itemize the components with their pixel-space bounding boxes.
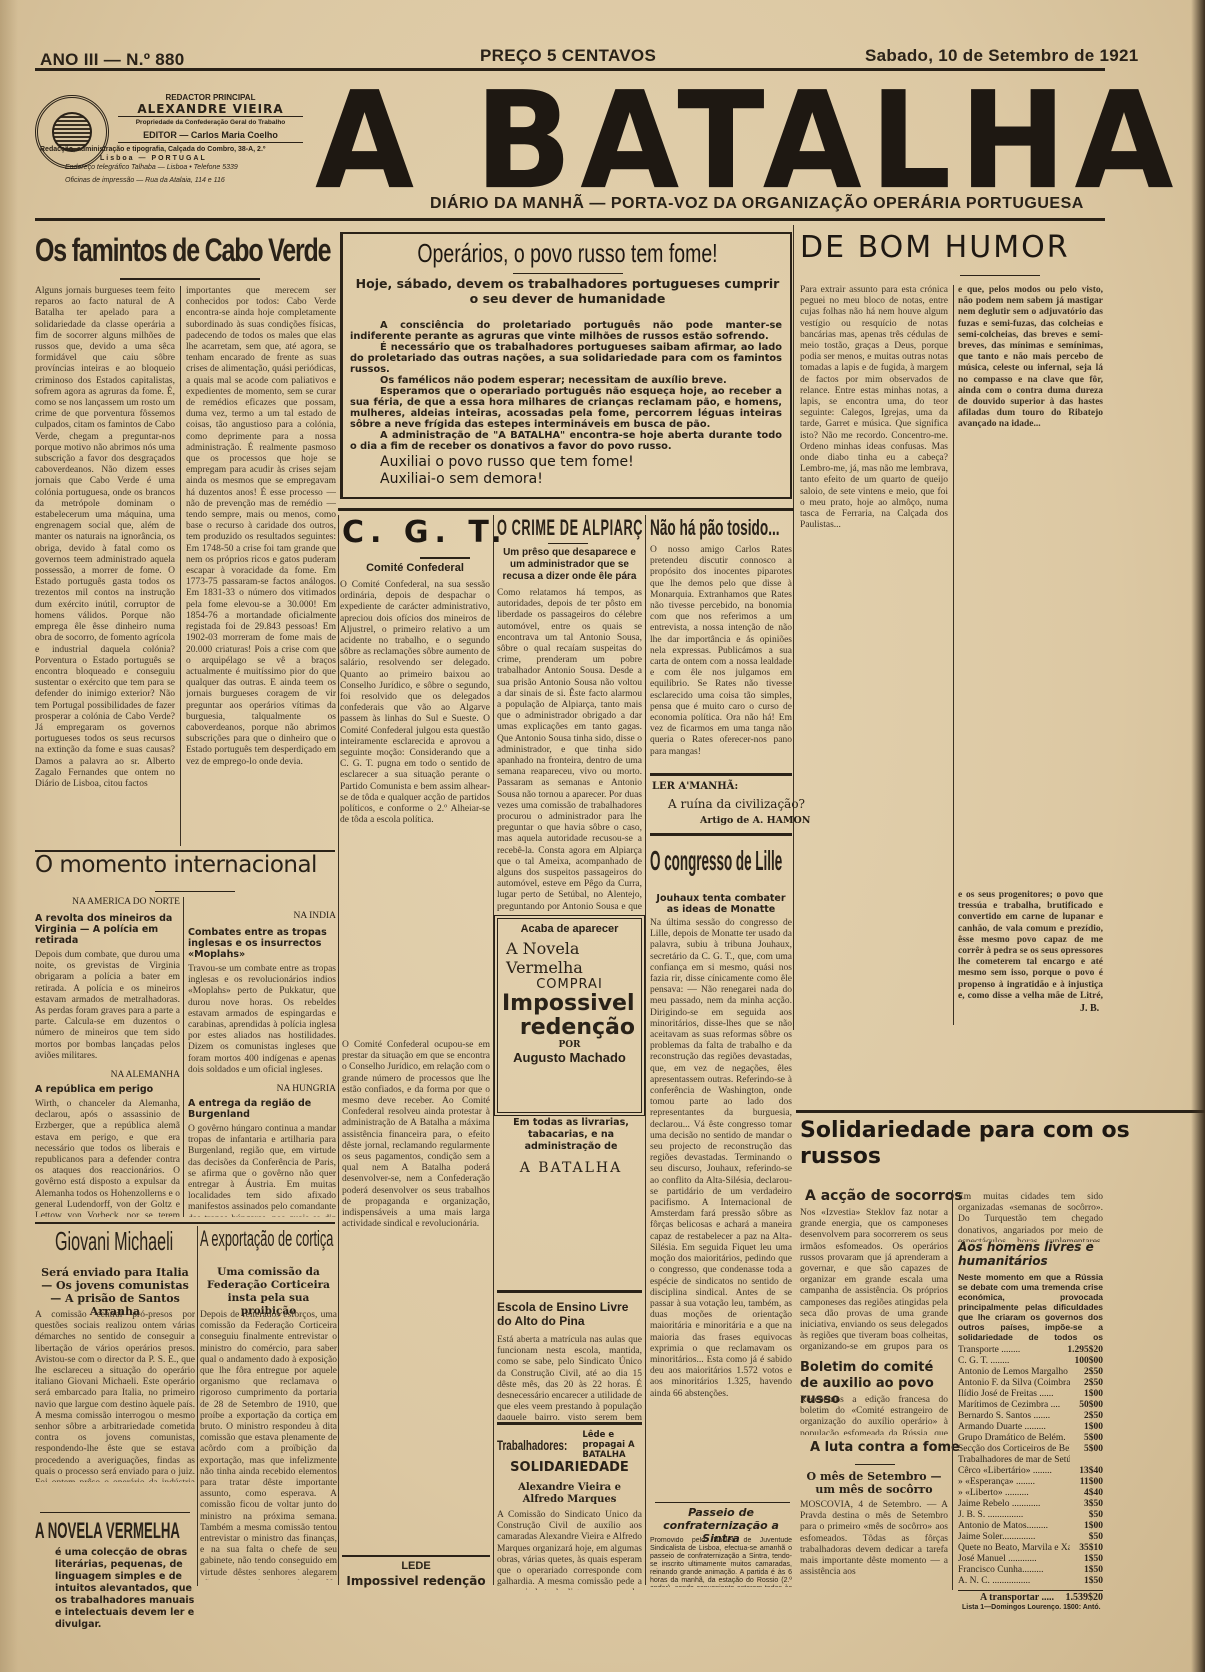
donor-name: » «Liberto» .......... bbox=[958, 1488, 1029, 1499]
ler-amanha-author: Artigo de A. HAMON bbox=[700, 815, 810, 826]
donor-name: Transporte ........ bbox=[958, 1345, 1020, 1356]
donation-row: Armando Duarte .........1$00 bbox=[958, 1422, 1103, 1433]
russia-subhead: Hoje, sábado, devem os trabalhadores por… bbox=[345, 276, 790, 306]
novela-ad-box: Acaba de aparecer A Novela Vermelha COMP… bbox=[497, 918, 642, 1113]
solidariedade-text: A Comissão do Sindicato Único da Constru… bbox=[497, 1510, 642, 1590]
donation-row: » «Esperança» ........11$00 bbox=[958, 1477, 1103, 1488]
section-text: O govêrno húngaro continua a mandar trop… bbox=[188, 1124, 336, 1217]
donor-name: Quete no Beato, Marvila e Xabregas (¹) .… bbox=[958, 1543, 1070, 1554]
divider bbox=[342, 1555, 490, 1557]
donation-amount: 13$40 bbox=[1079, 1466, 1103, 1477]
bom-humor-headline: DE BOM HUMOR bbox=[800, 230, 1200, 265]
michaeli-headline: Giovani Michaeli bbox=[55, 1226, 195, 1257]
lille-text: Na última sessão do congresso de Lille, … bbox=[650, 918, 792, 1498]
property-line: Propriedade da Confederação Geral do Tra… bbox=[118, 119, 303, 126]
donation-amount: 1$00 bbox=[1084, 1422, 1103, 1433]
column-rule bbox=[952, 1190, 953, 1590]
donation-row: Marítimos de Cezimbra ....50$00 bbox=[958, 1400, 1103, 1411]
column-rule bbox=[953, 285, 954, 1025]
section-text: Depois dum combate, que durou uma noite,… bbox=[35, 950, 180, 1062]
russia-paragraph: A administração de "A BATALHA" encontra-… bbox=[350, 430, 782, 452]
divider bbox=[155, 891, 235, 892]
donation-amount: 11$00 bbox=[1080, 1477, 1103, 1488]
editorial-info: REDACTOR PRINCIPAL ALEXANDRE VIEIRA Prop… bbox=[118, 93, 303, 143]
donor-name: Bernardo S. Santos ....... bbox=[958, 1411, 1050, 1422]
lille-article: O congresso de Lille bbox=[650, 845, 792, 877]
divider bbox=[40, 1512, 190, 1513]
section-title: A entrega da região de Burgenland bbox=[188, 1098, 336, 1120]
region-label: NA AMERICA DO NORTE bbox=[35, 897, 180, 907]
banner-text: Lêde e propagai A BATALHA bbox=[582, 1430, 642, 1460]
donation-amount: 1$00 bbox=[1084, 1389, 1103, 1400]
ad-line2: A Novela Vermelha bbox=[498, 939, 641, 977]
accao-text: Nos «Izvestia» Steklov faz notar a grand… bbox=[800, 1208, 948, 1353]
donation-amount: 5$00 bbox=[1084, 1433, 1103, 1444]
column-rule bbox=[180, 286, 181, 846]
solidariedade-headline: SOLIDARIEDADE bbox=[497, 1460, 642, 1475]
donation-amount: 4$40 bbox=[1084, 1488, 1103, 1499]
telegraph: Endereço telegráfico Talhaba — Lisboa • … bbox=[40, 163, 310, 172]
fome-text: MOSCOVIA, 4 de Setembro. — A Pravda dest… bbox=[800, 1500, 948, 1585]
donation-row: Jaime Rebelo ............3$50 bbox=[958, 1499, 1103, 1510]
newspaper-title: A BATALHA bbox=[315, 75, 1182, 209]
cortica-article: A exportação de cortiça bbox=[200, 1226, 337, 1252]
workshop: Oficinas de impressão — Rua da Atalaia, … bbox=[40, 176, 310, 185]
donation-row: Antonio de Lemos Margalho2$50 bbox=[958, 1367, 1103, 1378]
section-text: Travou-se um combate entre as tropas ing… bbox=[188, 964, 336, 1076]
donation-amount: 1$50 bbox=[1084, 1576, 1103, 1587]
donations-total: A transportar ..... 1.539$20 bbox=[958, 1590, 1103, 1603]
donations-footnote: Lista 1—Domingos Lourenço. 1$00: Antó. bbox=[962, 1604, 1101, 1611]
column-rule bbox=[793, 225, 794, 1030]
donation-amount: 2$50 bbox=[1084, 1411, 1103, 1422]
section-title: Combates entre as tropas inglesas e os i… bbox=[188, 927, 336, 960]
russia-cta-1: Auxiliai o povo russo que tem fome! bbox=[350, 454, 782, 471]
donor-name: José Manuel ............ bbox=[958, 1554, 1037, 1565]
ad-title-1: Impossivel bbox=[498, 992, 641, 1016]
lede-title: Impossivel redenção bbox=[342, 1574, 490, 1588]
cgt-continued-text: O Comité Confederal ocupou-se em prestar… bbox=[342, 1040, 490, 1555]
divider bbox=[497, 1290, 642, 1293]
section-title: A república em perigo bbox=[35, 1084, 180, 1095]
cabo-verde-col1: Alguns jornais burgueses teem feito repa… bbox=[35, 286, 175, 846]
donor-name: A. N. C. ................ bbox=[958, 1576, 1030, 1587]
column-rule bbox=[493, 515, 494, 1585]
donations-list: Transporte ........1.295$20C. G. T. ....… bbox=[958, 1345, 1103, 1587]
appeal-text: Neste momento em que a Rússia se debate … bbox=[958, 1272, 1103, 1342]
donor-name: Antonio de Matos......... bbox=[958, 1521, 1048, 1532]
russia-paragraph: É necessário que os trabalhadores portug… bbox=[350, 342, 782, 375]
novela-note-text: é uma colecção de obras literárias, pequ… bbox=[55, 1547, 195, 1631]
donation-amount: 1$00 bbox=[1084, 1521, 1103, 1532]
lede-label: LEDE bbox=[342, 1560, 490, 1572]
donation-row: C. G. T. ........100$00 bbox=[958, 1356, 1103, 1367]
donor-name: J. B. S. ............... bbox=[958, 1510, 1023, 1521]
donation-row: Grupo Dramático de Belém.5$00 bbox=[958, 1433, 1103, 1444]
ad-author: Augusto Machado bbox=[498, 1050, 641, 1065]
russia-headline: Operários, o povo russo tem fome! bbox=[401, 238, 735, 269]
lille-subhead: Jouhaux tenta combater as ideas de Monat… bbox=[650, 893, 792, 915]
donation-row: J. B. S. ...............$50 bbox=[958, 1510, 1103, 1521]
donation-amount: 100$00 bbox=[1075, 1356, 1104, 1367]
russos-headline: Solidariedade para com os russos bbox=[800, 1118, 1200, 1170]
russia-body: A consciência do proletariado português … bbox=[350, 320, 782, 488]
accao-title: A acção de socorros bbox=[805, 1188, 963, 1204]
russia-paragraph: A consciência do proletariado português … bbox=[350, 320, 782, 342]
alpiarca-headline: O CRIME DE ALPIARÇA bbox=[497, 515, 642, 541]
donor-name: C. G. T. ........ bbox=[958, 1356, 1009, 1367]
russos-headline-text: Solidariedade para com os russos bbox=[800, 1118, 1200, 1170]
alpiarca-text: Como relatamos há tempos, as autoridades… bbox=[497, 588, 642, 913]
donation-amount: 50$00 bbox=[1079, 1400, 1103, 1411]
total-label: A transportar ..... bbox=[958, 1592, 1054, 1603]
total-amount: 1.539$20 bbox=[1066, 1592, 1104, 1603]
divider bbox=[420, 557, 470, 559]
donation-amount: 1$50 bbox=[1084, 1565, 1103, 1576]
cabo-verde-article: Os famintos de Cabo Verde bbox=[35, 232, 335, 269]
divider bbox=[650, 773, 792, 776]
section-title: A revolta dos mineiros da Virginia — A p… bbox=[35, 913, 180, 946]
ad-title-2: redenção bbox=[498, 1016, 641, 1040]
ad-line1: Acaba de aparecer bbox=[498, 923, 641, 935]
editor-line: EDITOR — Carlos Maria Coelho bbox=[118, 130, 303, 143]
column-rule bbox=[338, 515, 339, 1585]
donation-amount: 2$50 bbox=[1084, 1378, 1103, 1389]
banner-label: Trabalhadores: bbox=[497, 1437, 567, 1453]
section-text: Wirth, o chanceler da Alemanha, declarou… bbox=[35, 1099, 180, 1217]
momento-headline: O momento internacional bbox=[35, 852, 335, 878]
divider bbox=[855, 1464, 895, 1465]
cgt-headline: C. G. T. bbox=[342, 515, 508, 550]
escola-text: Está aberta a matrícula nas aulas que fu… bbox=[497, 1335, 642, 1420]
donation-row: Bernardo S. Santos .......2$50 bbox=[958, 1411, 1103, 1422]
donor-name: Antonio de Lemos Margalho bbox=[958, 1367, 1068, 1378]
donor-name: » «Esperança» ........ bbox=[958, 1477, 1035, 1488]
russia-appeal: Operários, o povo russo tem fome! Hoje, … bbox=[345, 238, 790, 306]
donation-amount: 35$10 bbox=[1079, 1543, 1103, 1554]
donation-amount: 3$50 bbox=[1084, 1499, 1103, 1510]
masthead-bottom-rule bbox=[35, 218, 1105, 221]
donation-row: » «Liberto» ..........4$40 bbox=[958, 1488, 1103, 1499]
novela-note: A NOVELA VERMELHA bbox=[35, 1518, 195, 1544]
column-rule bbox=[197, 1226, 198, 1586]
donor-name: Marítimos de Cezimbra .... bbox=[958, 1400, 1060, 1411]
nao-ha-pao-article: Não há pão tosido... bbox=[650, 515, 792, 541]
escola-headline: Escola de Ensino Livre do Alto do Pina bbox=[497, 1300, 642, 1328]
nao-ha-pao-text: O nosso amigo Carlos Rates pretendeu dis… bbox=[650, 545, 792, 765]
city: Lisboa — PORTUGAL bbox=[40, 154, 310, 163]
donation-amount: 1.295$20 bbox=[1067, 1345, 1103, 1356]
russos-right-intro: Em muitas cidades tem sido organizadas «… bbox=[958, 1192, 1103, 1242]
boletim-text: Recebemos a edição francesa do boletim d… bbox=[800, 1395, 948, 1435]
ad-where: Em todas as livrarias, tabacarias, e na … bbox=[505, 1117, 637, 1153]
donation-row: Ilídio José de Freitas ......1$00 bbox=[958, 1389, 1103, 1400]
donation-row: Trabalhadores de mar de Setúbal: bbox=[958, 1455, 1103, 1466]
section-rule bbox=[796, 1110, 1205, 1114]
section-rule bbox=[338, 508, 794, 511]
donor-name: Jaime Soler.............. bbox=[958, 1532, 1035, 1543]
donation-row: Transporte ........1.295$20 bbox=[958, 1345, 1103, 1356]
solidariedade-subhead: Alexandre Vieira e Alfredo Marques bbox=[497, 1482, 642, 1506]
column-rule bbox=[183, 897, 184, 1217]
ler-amanha-title: A ruína da civilização? bbox=[668, 797, 805, 811]
donation-row: Jaime Soler..............$50 bbox=[958, 1532, 1103, 1543]
newspaper-subtitle: DIÁRIO DA MANHÃ — PORTA-VOZ DA ORGANIZAÇ… bbox=[430, 195, 1084, 213]
lille-headline: O congresso de Lille bbox=[650, 845, 792, 877]
cortica-text: Depois de reiterados esforços, uma comis… bbox=[200, 1310, 337, 1580]
trabalhadores-banner: Trabalhadores: Lêde e propagai A BATALHA bbox=[497, 1430, 642, 1460]
donation-row: José Manuel ............1$50 bbox=[958, 1554, 1103, 1565]
donation-row: Secção dos Corticeiros de Belém ........… bbox=[958, 1444, 1103, 1455]
donation-row: Quete no Beato, Marvila e Xabregas (¹) .… bbox=[958, 1543, 1103, 1554]
bom-humor-col2: e que, pelos modos ou pelo visto, não po… bbox=[958, 285, 1103, 885]
donor-name: Trabalhadores de mar de Setúbal: bbox=[958, 1455, 1070, 1466]
donor-name: Cêrco «Libertário» ........ bbox=[958, 1466, 1052, 1477]
michaeli-text: A comissão central pró-presos por questõ… bbox=[35, 1310, 195, 1482]
donor-name: Armando Duarte ......... bbox=[958, 1422, 1046, 1433]
divider bbox=[655, 1502, 790, 1503]
cabo-verde-headline: Os famintos de Cabo Verde bbox=[35, 232, 331, 269]
momento-col1: NA AMERICA DO NORTE A revolta dos mineir… bbox=[35, 897, 180, 1217]
donor-name: Jaime Rebelo ............ bbox=[958, 1499, 1040, 1510]
redactor-name: ALEXANDRE VIEIRA bbox=[118, 102, 303, 117]
russia-paragraph: Esperamos que o operariado português não… bbox=[350, 386, 782, 430]
donation-amount: 1$50 bbox=[1084, 1554, 1103, 1565]
section-rule bbox=[35, 1222, 335, 1224]
ad-line3: COMPRAI bbox=[498, 977, 641, 992]
donation-amount: 5$00 bbox=[1084, 1444, 1103, 1455]
region-label: NA INDIA bbox=[188, 911, 336, 921]
donor-name: Secção dos Corticeiros de Belém ........… bbox=[958, 1444, 1070, 1455]
alpiarca-subhead: Um prêso que desaparece e um administrad… bbox=[497, 547, 642, 583]
ad-publisher: A BATALHA bbox=[505, 1160, 637, 1176]
divider bbox=[548, 543, 588, 544]
donation-row: Cêrco «Libertário» ........13$40 bbox=[958, 1466, 1103, 1477]
bom-humor-col1: Para extrair assunto para esta crónica p… bbox=[800, 285, 948, 1025]
fome-subhead: O mês de Setembro — um mês de socôrro bbox=[800, 1470, 948, 1496]
donation-row: Francisco Cunha.........1$50 bbox=[958, 1565, 1103, 1576]
donation-row: A. N. C. ................1$50 bbox=[958, 1576, 1103, 1587]
divider bbox=[650, 833, 792, 836]
cgt-text: O Comité Confederal, na sua sessão ordin… bbox=[340, 580, 490, 1035]
fome-title: A luta contra a fome bbox=[810, 1440, 960, 1455]
donor-name: Antonio F. da Silva (Coimbra) ........ bbox=[958, 1378, 1070, 1389]
donor-name: Ilídio José de Freitas ...... bbox=[958, 1389, 1054, 1400]
bom-humor-signature: J. B. bbox=[1080, 1003, 1099, 1014]
redactor-label: REDACTOR PRINCIPAL bbox=[118, 93, 303, 102]
address-block: Redacção, administração e tipografia, Ca… bbox=[40, 145, 310, 185]
donation-row: Antonio F. da Silva (Coimbra) ........2$… bbox=[958, 1378, 1103, 1389]
region-label: NA HUNGRIA bbox=[188, 1084, 336, 1094]
cgt-subhead: Comité Confederal bbox=[340, 562, 490, 574]
sintra-text: Promovido pelo Núcleo de Juventude Sindi… bbox=[650, 1537, 792, 1587]
russia-cta-2: Auxiliai-o sem demora! bbox=[350, 471, 782, 488]
divider bbox=[497, 1422, 642, 1425]
russia-paragraph: Os famélicos não podem esperar; necessit… bbox=[350, 375, 782, 386]
appeal-title: Aos homens livres e humanitários bbox=[958, 1240, 1103, 1268]
cortica-headline: A exportação de cortiça bbox=[200, 1226, 337, 1252]
novela-note-headline: A NOVELA VERMELHA bbox=[35, 1518, 195, 1544]
donation-row: Antonio de Matos.........1$00 bbox=[958, 1521, 1103, 1532]
address: Redacção, administração e tipografia, Ca… bbox=[40, 145, 310, 154]
donation-amount: $50 bbox=[1089, 1532, 1103, 1543]
donor-name: Francisco Cunha......... bbox=[958, 1565, 1044, 1576]
ler-amanha-label: LER A'MANHÃ: bbox=[652, 781, 738, 792]
ad-por: POR bbox=[498, 1040, 641, 1050]
donation-amount: 2$50 bbox=[1084, 1367, 1103, 1378]
cabo-verde-col2: importantes que merecem ser conhecidos p… bbox=[186, 286, 336, 846]
divider bbox=[120, 278, 260, 280]
newspaper-page: ANO III — N.º 880 PREÇO 5 CENTAVOS Sabad… bbox=[0, 0, 1205, 1672]
divider bbox=[960, 275, 1040, 276]
bom-humor-col2-end: e os seus progenitores; o povo que tress… bbox=[958, 890, 1103, 1000]
column-rule bbox=[645, 515, 646, 1585]
michaeli-article: Giovani Michaeli bbox=[35, 1226, 195, 1257]
donor-name: Grupo Dramático de Belém. bbox=[958, 1433, 1066, 1444]
issue-number: ANO III — N.º 880 bbox=[40, 50, 185, 70]
region-label: NA ALEMANHA bbox=[35, 1070, 180, 1080]
alpiarca-article: O CRIME DE ALPIARÇA bbox=[497, 515, 642, 541]
momento-col2: NA INDIA Combates entre as tropas ingles… bbox=[188, 897, 336, 1217]
nao-ha-pao-headline: Não há pão tosido... bbox=[650, 515, 792, 541]
donation-amount: $50 bbox=[1089, 1510, 1103, 1521]
